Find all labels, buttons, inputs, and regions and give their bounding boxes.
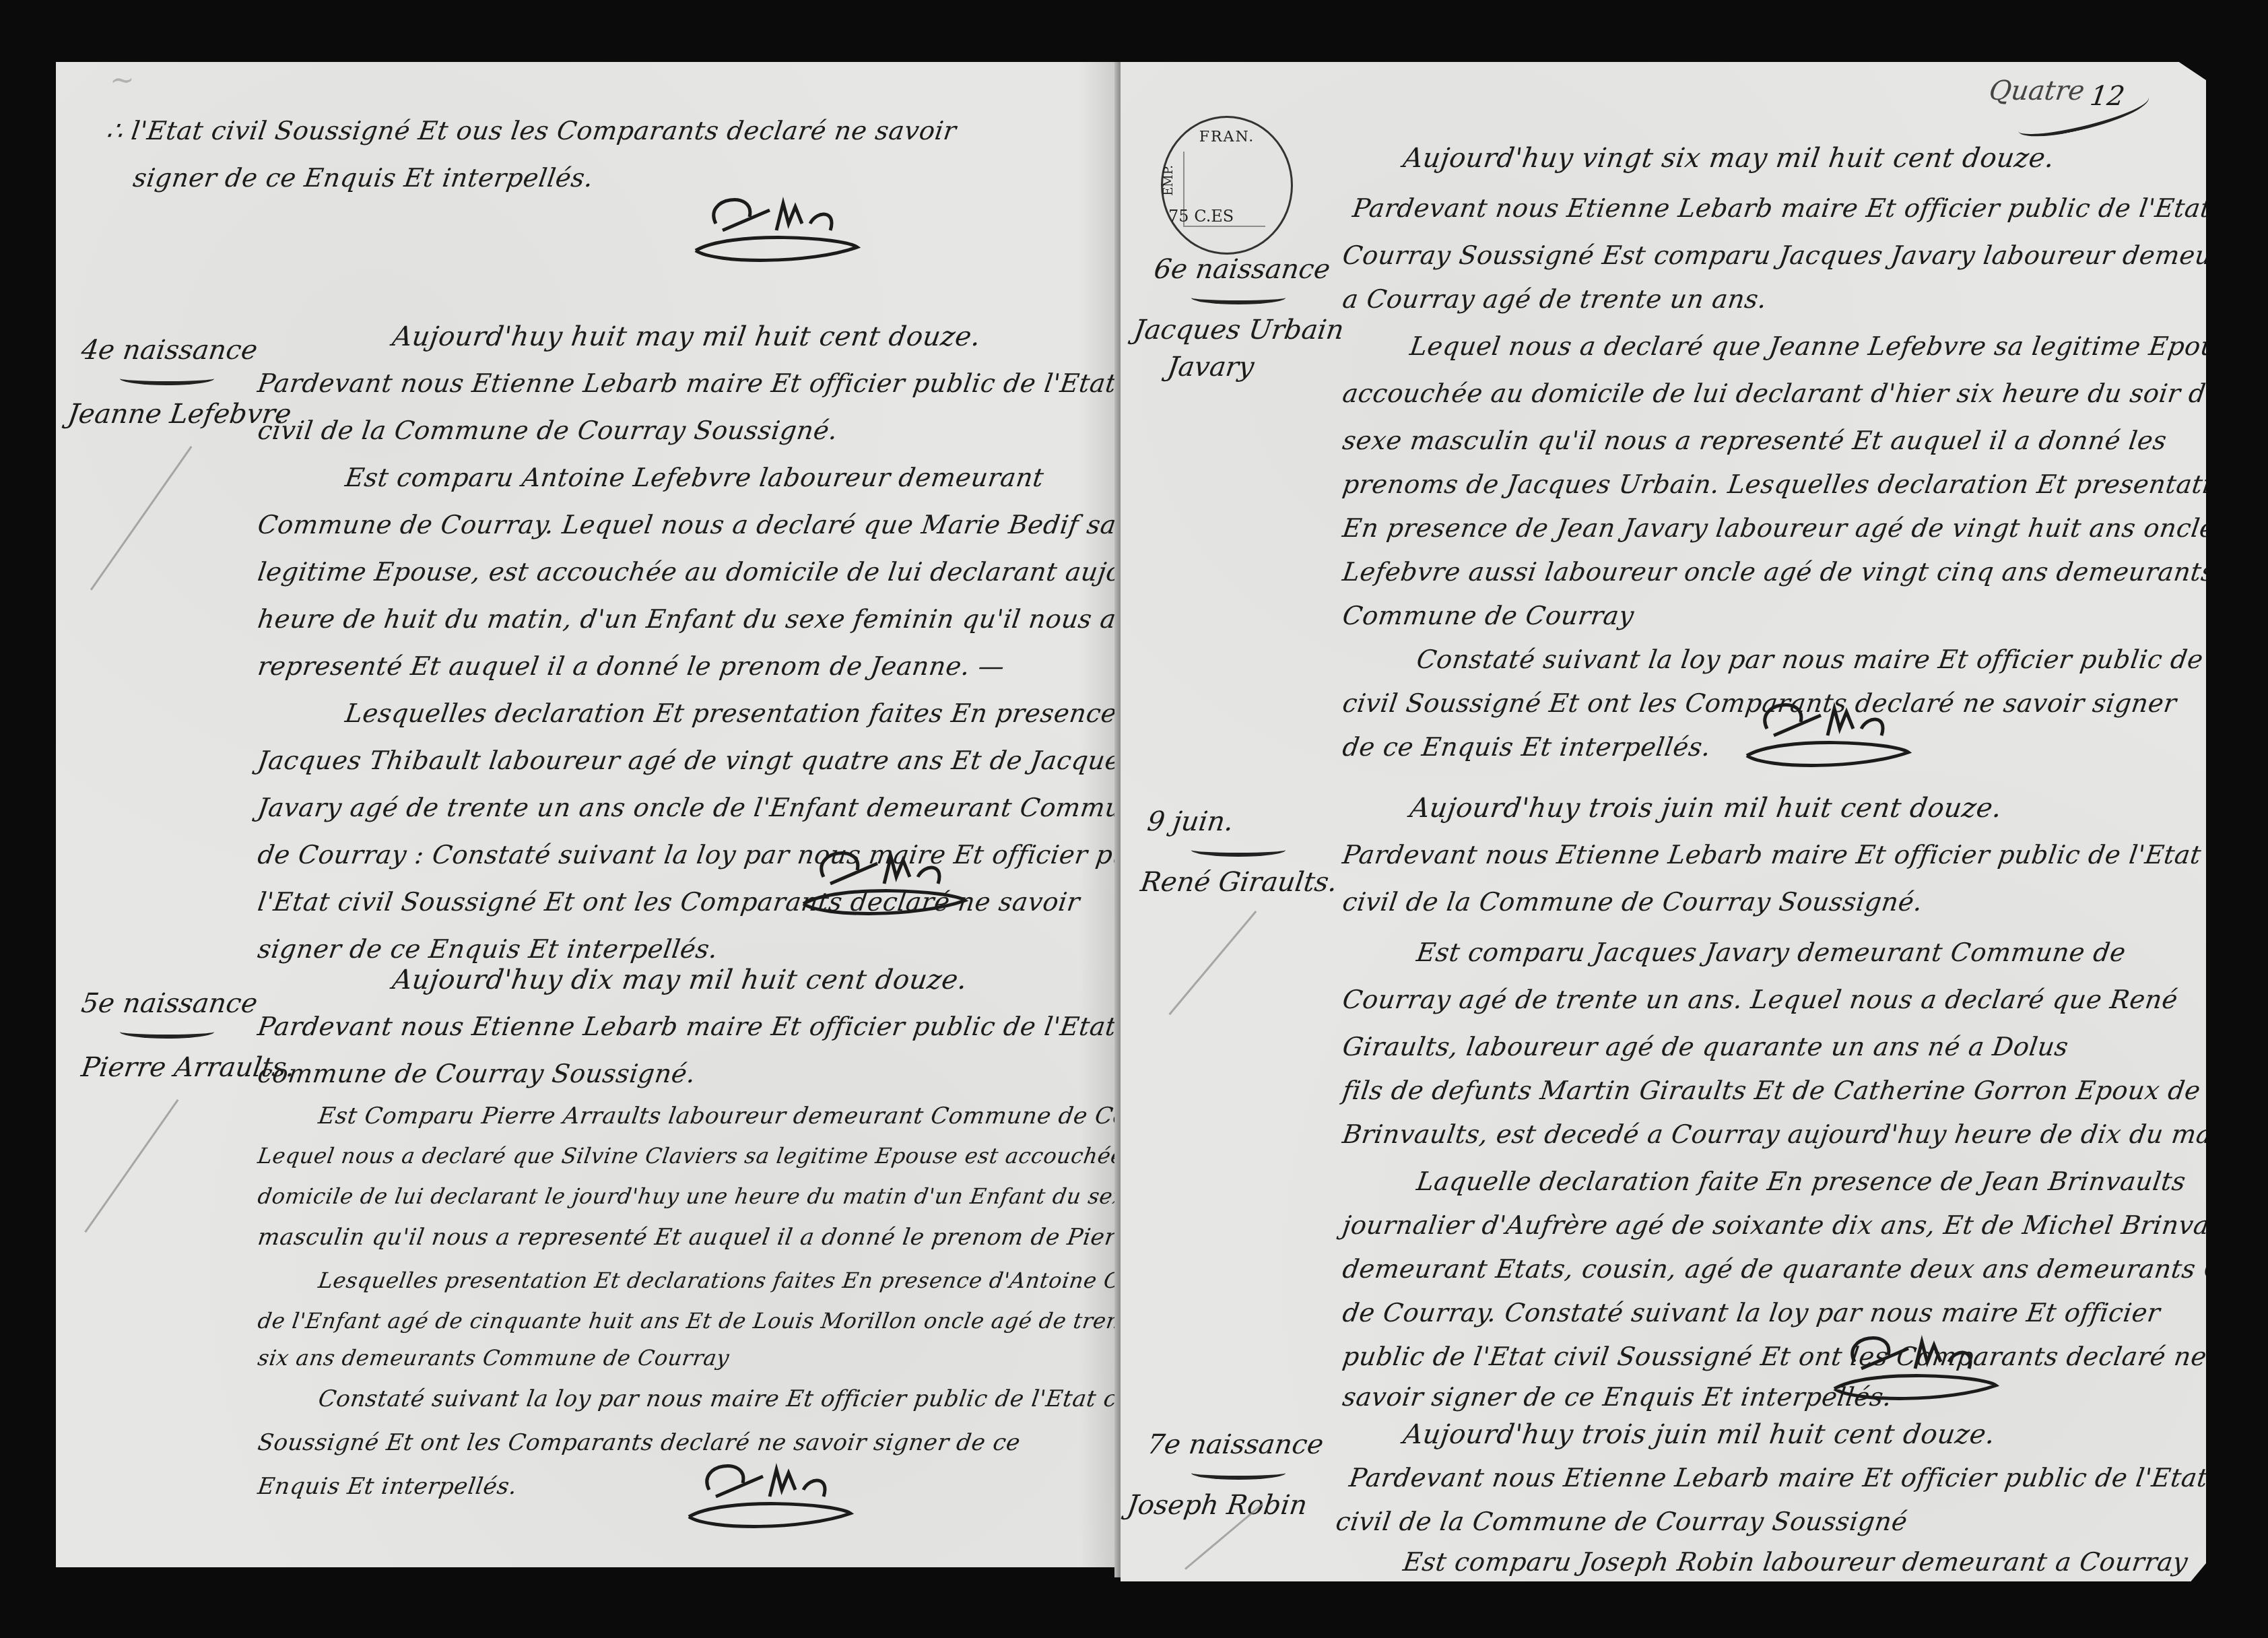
text-line: Lequel nous a declaré que Silvine Clavie… [256, 1143, 1120, 1169]
margin-entry-name: Joseph Robin [1125, 1490, 1309, 1521]
margin-entry-name: René Giraults. [1139, 867, 1339, 898]
text-line: accouchée au domicile de lui declarant d… [1341, 379, 2206, 408]
margin-brace [120, 372, 214, 385]
left-page: ~ ∴ l'Etat civil Soussigné Et ous les Co… [56, 62, 1120, 1567]
mayor-signature [1814, 1321, 2016, 1416]
entry-date-line: Aujourd'huy trois juin mil huit cent dou… [1408, 793, 2004, 824]
margin-brace [120, 1025, 214, 1039]
margin-stroke [84, 1099, 178, 1233]
margin-entry-title: 7e naissance [1145, 1429, 1325, 1460]
text-line: Javary agé de trente un ans oncle de l'E… [256, 793, 1120, 822]
mayor-signature [675, 183, 877, 277]
text-line: Lesquelles presentation Et declarations … [316, 1268, 1120, 1293]
text-line: legitime Epouse, est accouchée au domici… [256, 557, 1120, 587]
text-line: Pardevant nous Etienne Lebarb maire Et o… [256, 368, 1119, 398]
text-line: a Courray agé de trente un ans. [1341, 284, 1769, 314]
mayor-signature [783, 837, 985, 931]
pencil-mark: ~ [110, 63, 135, 98]
text-line: Commune de Courray. Lequel nous a declar… [256, 510, 1119, 539]
entry-date-line: Aujourd'huy huit may mil huit cent douze… [391, 321, 982, 352]
top-mark: ∴ [104, 116, 125, 145]
text-line: Courray Soussigné Est comparu Jacques Ja… [1341, 240, 2206, 270]
margin-entry-name: Javary [1166, 352, 1257, 383]
tax-stamp: FRAN. EMP. 75 C.ES [1161, 116, 1293, 255]
text-line: de Courray : Constaté suivant la loy par… [256, 840, 1120, 870]
text-line: Pardevant nous Etienne Lebarb maire Et o… [1351, 193, 2206, 223]
text-line: ∴ l'Etat civil Soussigné Et ous les Comp… [104, 116, 958, 145]
text-line: heure de huit du matin, d'un Enfant du s… [256, 604, 1118, 634]
text-line: Lequel nous a declaré que Jeanne Lefebvr… [1408, 331, 2206, 361]
margin-entry-title: 9 juin. [1145, 806, 1236, 837]
text-line: demeurant Etats, cousin, agé de quarante… [1341, 1254, 2206, 1284]
text-line: savoir signer de ce Enquis Et interpellé… [1341, 1382, 1894, 1412]
text-line: civil de la Commune de Courray Soussigné… [1341, 887, 1925, 917]
margin-brace [1191, 1466, 1286, 1480]
text-line: representé Et auquel il a donné le preno… [256, 651, 1007, 681]
text-line: Pardevant nous Etienne Lebarb maire Et o… [1341, 840, 2203, 870]
right-page: Quatre 12 FRAN. EMP. 75 C.ES 6e naissanc… [1121, 62, 2206, 1581]
text-line: signer de ce Enquis Et interpellés. [256, 934, 720, 964]
text-line: Laquelle declaration faite En presence d… [1415, 1167, 2188, 1196]
text-line: Constaté suivant la loy par nous maire E… [316, 1385, 1120, 1412]
stamp-value: 75 C.ES [1168, 207, 1234, 226]
text-line: Pardevant nous Etienne Lebarb maire Et o… [1347, 1463, 2206, 1493]
text-line: masculin qu'il nous a representé Et auqu… [256, 1224, 1120, 1251]
margin-brace [1191, 291, 1286, 304]
text-line: En presence de Jean Javary laboureur agé… [1341, 513, 2206, 543]
text-line: commune de Courray Soussigné. [256, 1059, 698, 1088]
entry-date-line: Aujourd'huy dix may mil huit cent douze. [391, 964, 970, 995]
text-line: Giraults, laboureur agé de quarante un a… [1341, 1032, 2070, 1061]
text-line: Constaté suivant la loy par nous maire E… [1415, 645, 2206, 674]
text-line: signer de ce Enquis Et interpellés. [131, 163, 595, 193]
text-line: de ce Enquis Et interpellés. [1341, 732, 1713, 762]
text-line: Brinvaults, est decedé a Courray aujourd… [1341, 1119, 2206, 1149]
margin-stroke [90, 446, 193, 591]
text-line: Commune de Courray [1341, 601, 1636, 630]
text-line: Pardevant nous Etienne Lebarb maire Et o… [256, 1012, 1120, 1041]
margin-entry-title: 4e naissance [79, 335, 259, 366]
text-line: Soussigné Et ont les Comparants declaré … [256, 1429, 1022, 1456]
margin-brace [1191, 843, 1286, 857]
text-line: civil de la Commune de Courray Soussigné… [256, 416, 840, 445]
margin-stroke [1168, 911, 1257, 1015]
text-line: prenoms de Jacques Urbain. Lesquelles de… [1341, 469, 2206, 499]
text-line: de l'Enfant agé de cinquante huit ans Et… [256, 1308, 1120, 1334]
stamp-side-text: EMP. [1162, 165, 1176, 196]
margin-entry-title: 6e naissance [1152, 254, 1332, 285]
text-line: Lesquelles declaration Et presentation f… [343, 698, 1120, 728]
text-line: Est comparu Jacques Javary demeurant Com… [1415, 938, 2128, 967]
entry-date-line: Aujourd'huy vingt six may mil huit cent … [1401, 143, 2057, 174]
mayor-signature [1727, 688, 1929, 783]
text-line: Enquis Et interpellés. [256, 1473, 519, 1500]
text-line: fils de defunts Martin Giraults Et de Ca… [1341, 1076, 2206, 1105]
text-line: de Courray. Constaté suivant la loy par … [1341, 1298, 2162, 1328]
text-line: Jacques Thibault laboureur agé de vingt … [256, 746, 1120, 775]
entry-date-line: Aujourd'huy trois juin mil huit cent dou… [1401, 1419, 1997, 1450]
margin-entry-title: 5e naissance [79, 988, 259, 1019]
text-line: public de l'Etat civil Soussigné Et ont … [1341, 1342, 2206, 1371]
text-line: Lefebvre aussi laboureur oncle agé de vi… [1341, 557, 2206, 587]
mayor-signature [669, 1449, 871, 1544]
text-line: domicile de lui declarant le jourd'huy u… [256, 1183, 1120, 1209]
text-line: Est Comparu Pierre Arraults laboureur de… [316, 1103, 1120, 1129]
stamp-text: FRAN. [1163, 129, 1291, 145]
text-line: sexe masculin qu'il nous a representé Et… [1341, 426, 2168, 455]
text-line: journalier d'Aufrère agé de soixante dix… [1341, 1210, 2206, 1240]
margin-entry-name: Jacques Urbain [1132, 315, 1346, 346]
text-line: Est comparu Antoine Lefebvre laboureur d… [343, 463, 1046, 492]
text-line: Courray agé de trente un ans. Lequel nou… [1341, 985, 2180, 1014]
text-line: six ans demeurants Commune de Courray [256, 1345, 731, 1371]
text-line: civil de la Commune de Courray Soussigné [1334, 1507, 1909, 1536]
text-line: Est comparu Joseph Robin laboureur demeu… [1401, 1547, 2190, 1577]
